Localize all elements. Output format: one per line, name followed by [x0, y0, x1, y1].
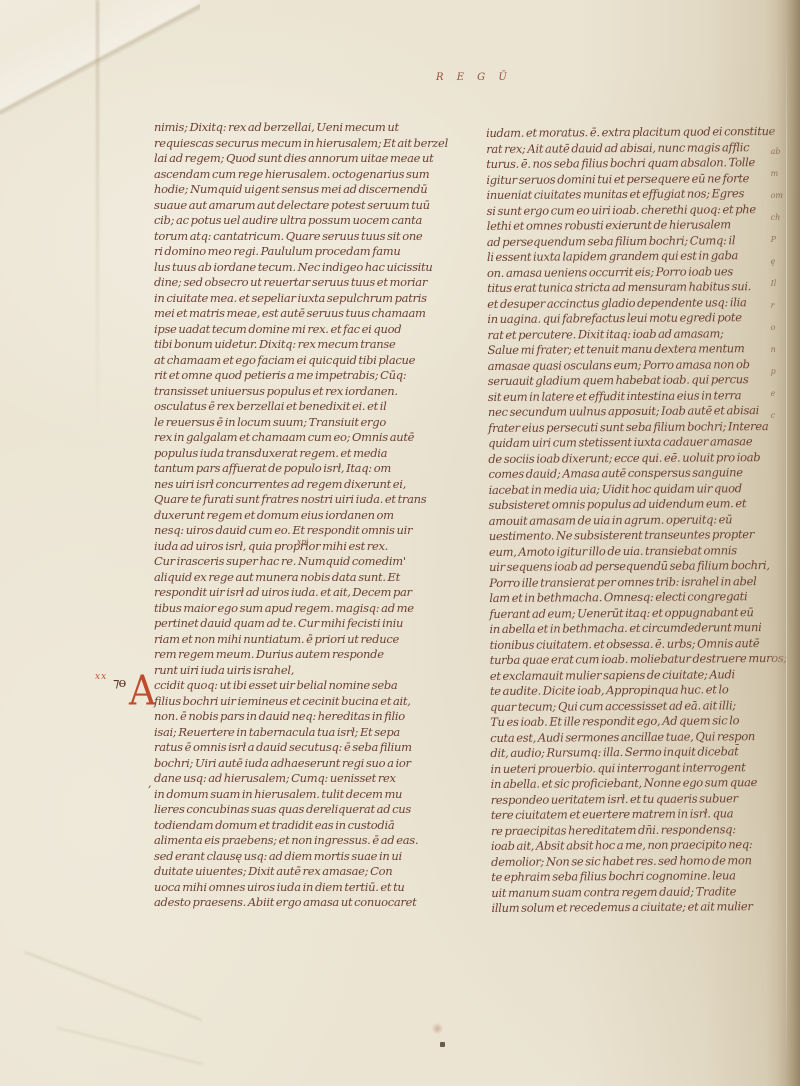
- text-line: isai; Reuertere in tabernacula tua isrł;…: [154, 725, 484, 741]
- text-line: nec secundum uulnus apposuit; Ioab autē …: [488, 403, 800, 421]
- text-line: duitate uiuentes; Dixit autē rex amasae;…: [154, 864, 484, 880]
- bottom-ink-dot: [440, 1042, 445, 1047]
- text-line: riam et non mihi nuntiatum. ē priori ut …: [154, 632, 484, 648]
- text-line: ipse uadat tecum domine mi rex. et fac e…: [154, 322, 484, 338]
- text-line: populus iuda transduxerat regem. et medi…: [154, 446, 484, 462]
- parchment-crease-left: [96, 0, 99, 430]
- text-line: rit et omne quod petieris a me impetrabi…: [154, 368, 484, 384]
- text-line: uestimento. Ne subsisterent transeuntes …: [489, 527, 800, 545]
- text-line: sed erant clausę usq: ad diem mortis sua…: [154, 849, 484, 865]
- text-line: in domum suam in hierusalem. tulit decem…: [154, 787, 484, 803]
- text-line: rem regem meum. Durius autem responde: [154, 647, 484, 663]
- text-line: cuta est, Audi sermones ancillae tuae, Q…: [490, 728, 800, 746]
- text-line: respondit uir isrł ad uiros iuda. et ait…: [154, 585, 484, 601]
- text-line: Porro ille transierat per omnes trib: is…: [489, 573, 800, 591]
- text-line: duxerunt regem et domum eius iordanen om: [154, 508, 484, 524]
- text-line: mei et matris meae, est autē seruus tuus…: [154, 306, 484, 322]
- text-line: torum atq: cantatricum. Quare seruus tuu…: [154, 229, 484, 245]
- text-line: si sunt ergo cum eo uiri ioab. cherethi …: [487, 201, 800, 219]
- text-line: frater eius persecuti sunt seba filium b…: [488, 418, 800, 436]
- chapter-number-margin: xx: [95, 672, 107, 682]
- text-line: filius bochri uir iemineus et cecinit bu…: [154, 694, 484, 710]
- bottom-stain: [432, 1022, 443, 1035]
- text-line: Quare te furati sunt fratres nostri uiri…: [154, 492, 484, 508]
- text-line: runt uiri iuda uiris israhel,: [154, 663, 484, 679]
- text-line: adesto praesens. Abiit ergo amasa ut con…: [154, 895, 484, 911]
- text-line: turba quae erat cum ioab. moliebatur des…: [490, 651, 800, 669]
- text-line: nimis; Dixitq: rex ad berzellai, Ueni me…: [154, 120, 484, 136]
- text-line: non. ē nobis pars in dauid neq: heredita…: [154, 709, 484, 725]
- parchment-corner-crease: [0, 0, 200, 115]
- text-line: turus. ē. nos seba filius bochri quam ab…: [486, 155, 800, 173]
- text-line: at chamaam et ego faciam ei quicquid tib…: [154, 353, 484, 369]
- text-line: pertinet dauid quam ad te. Cur mihi feci…: [154, 616, 484, 632]
- text-line: uoca mihi omnes uiros iuda in diem terti…: [154, 880, 484, 896]
- text-line: suaue aut amarum aut delectare potest se…: [154, 198, 484, 214]
- text-line: alimenta eis praebens; et non ingressus.…: [154, 833, 484, 849]
- text-line: aliquid ex rege aut munera nobis data su…: [154, 570, 484, 586]
- text-line: cib; ac potus uel audire ultra possum uo…: [154, 213, 484, 229]
- text-line: in abella et in bethmacha. et circumdede…: [489, 620, 800, 638]
- chapter-initial: A: [129, 669, 156, 714]
- margin-mark: ,: [148, 777, 152, 790]
- text-line: lieres concubinas suas quas dereliquerat…: [154, 802, 484, 818]
- text-line: in abella. et sic proficiebant, Nonne eg…: [491, 775, 800, 793]
- text-line: tibus maior ego sum apud regem. magisq: …: [154, 601, 484, 617]
- text-line: ccidit quoq: ut ibi esset uir belial nom…: [154, 678, 484, 694]
- text-line: transisset uniuersus populus et rex iord…: [154, 384, 484, 400]
- text-line: tantum pars affuerat de populo isrł, Ita…: [154, 461, 484, 477]
- text-line: Cur irasceris super hac re. Numquid come…: [154, 554, 484, 570]
- text-line: hodie; Numquid uigent sensus mei ad disc…: [154, 182, 484, 198]
- paragraph-mark: ⁊ɵ: [113, 676, 125, 691]
- text-line: ratus ē omnis isrł a dauid secutusq: ē s…: [154, 740, 484, 756]
- text-line: bochri; Uiri autē iuda adhaeserunt regi …: [154, 756, 484, 772]
- text-line: le reuersus ē in locum suum; Transiuit e…: [154, 415, 484, 431]
- text-column-right: iudam. et moratus. ē. extra placitum quo…: [486, 124, 800, 917]
- manuscript-page: R E G Ū xx ⁊ɵ A xpi , nimis; Dixitq: rex…: [0, 0, 800, 1086]
- text-line: nesq: uiros dauid cum eo. Et respondit o…: [154, 523, 484, 539]
- text-line: ri domino meo regi. Paululum procedam fa…: [154, 244, 484, 260]
- text-line: dine; sed obsecro ut reuertar seruus tuu…: [154, 275, 484, 291]
- running-title: R E G Ū: [436, 72, 512, 83]
- text-line: iuda ad uiros isrł, quia proprior mihi e…: [154, 539, 484, 555]
- text-line: dane usq: ad hierusalem; Cumq: uenisset …: [154, 771, 484, 787]
- text-line: de sociis ioab dixerunt; ecce qui. eē. u…: [488, 449, 800, 467]
- text-line: todiendam domum et tradidit eas in custo…: [154, 818, 484, 834]
- text-column-left: nimis; Dixitq: rex ad berzellai, Ueni me…: [154, 120, 484, 911]
- text-line: requiescas securus mecum in hierusalem; …: [154, 136, 484, 152]
- text-line: in ciuitate mea. et sepeliar iuxta sepul…: [154, 291, 484, 307]
- text-line: uir sequens ioab ad persequendū seba fil…: [489, 558, 800, 576]
- parchment-wrinkle-bottom-left: [24, 951, 202, 1021]
- text-line: nes uiri isrł concurrentes ad regem dixe…: [154, 477, 484, 493]
- text-line: illum solum et recedemus a ciuitate; et …: [491, 899, 800, 917]
- text-line: osculatus ē rex berzellai et benedixit e…: [154, 399, 484, 415]
- text-line: ascendam cum rege hierusalem. octogenari…: [154, 167, 484, 183]
- text-line: tibi bonum uidetur. Dixitq: rex mecum tr…: [154, 337, 484, 353]
- text-line: lai ad regem; Quod sunt dies annorum uit…: [154, 151, 484, 167]
- text-line: iudam. et moratus. ē. extra placitum quo…: [486, 124, 800, 142]
- manuscript-photo: R E G Ū xx ⁊ɵ A xpi , nimis; Dixitq: rex…: [0, 0, 800, 1086]
- parchment-wrinkle-bottom-left-2: [57, 1027, 203, 1065]
- text-line: rex in galgalam et chamaam cum eo; Omnis…: [154, 430, 484, 446]
- text-line: lus tuus ab iordane tecum. Nec indigeo h…: [154, 260, 484, 276]
